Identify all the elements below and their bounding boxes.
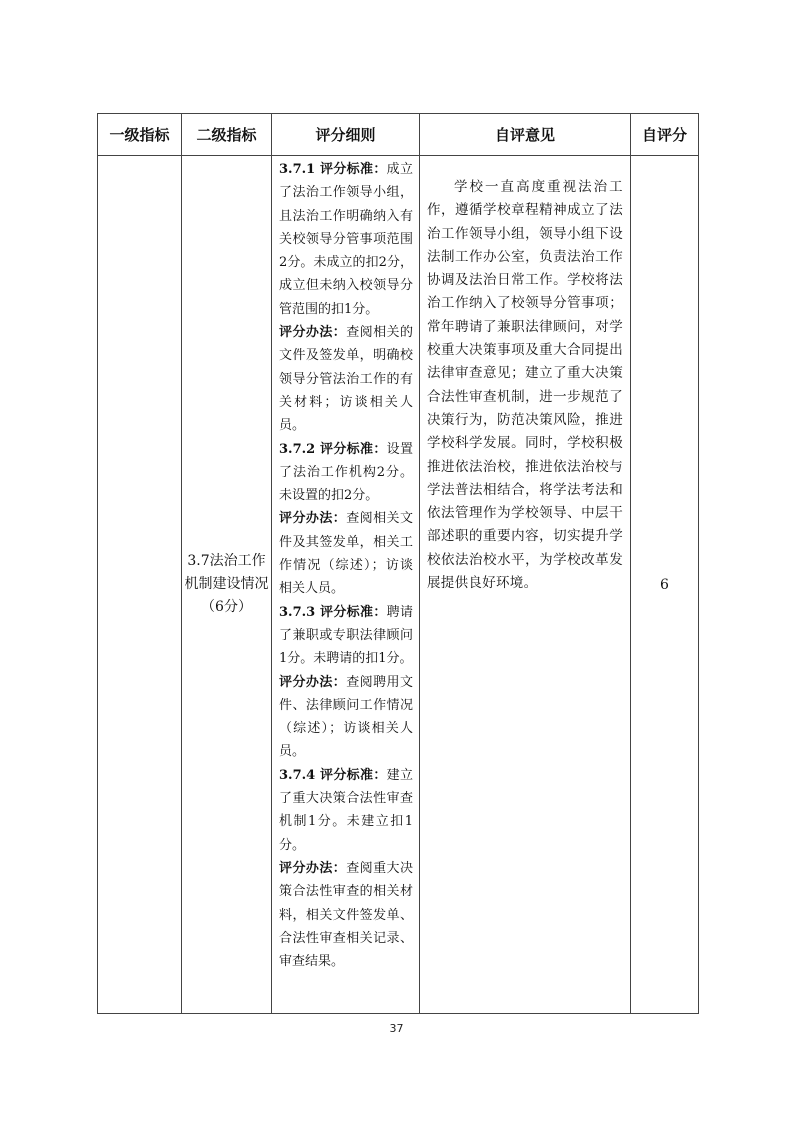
- header-self-score: 自评分: [631, 114, 699, 156]
- header-scoring-details: 评分细则: [272, 114, 420, 156]
- method-label: 评分办法：: [279, 861, 346, 876]
- second-level-cell: 3.7法治工作机制建设情况（6分）: [182, 156, 272, 1014]
- header-first-level-indicator: 一级指标: [98, 114, 182, 156]
- self-evaluation-cell: 学校一直高度重视法治工作，遵循学校章程精神成立了法治工作领导小组，领导小组下设法…: [420, 156, 631, 1014]
- method-text: 查阅相关的文件及签发单，明确校领导分管法治工作的有关材料；访谈相关人员。: [279, 325, 413, 433]
- criterion-label: 3.7.2 评分标准：: [279, 442, 387, 457]
- first-level-cell: [98, 156, 182, 1014]
- criterion-label: 3.7.1 评分标准：: [279, 162, 387, 177]
- criterion-label: 3.7.4 评分标准：: [279, 768, 387, 783]
- criterion-3-7-1: 3.7.1 评分标准：成立了法治工作领导小组，且法治工作明确纳入有关校领导分管事…: [279, 158, 413, 321]
- header-second-level-indicator: 二级指标: [182, 114, 272, 156]
- header-self-evaluation: 自评意见: [420, 114, 631, 156]
- table-header-row: 一级指标 二级指标 评分细则 自评意见 自评分: [98, 114, 699, 156]
- method-3-7-4: 评分办法：查阅重大决策合法性审查的相关材料，相关文件签发单、合法性审查相关记录、…: [279, 857, 413, 973]
- table-row: 3.7法治工作机制建设情况（6分） 3.7.1 评分标准：成立了法治工作领导小组…: [98, 156, 699, 1014]
- method-3-7-2: 评分办法：查阅相关文件及其签发单，相关工作情况（综述）；访谈相关人员。: [279, 507, 413, 600]
- method-label: 评分办法：: [279, 675, 346, 690]
- criterion-label: 3.7.3 评分标准：: [279, 605, 387, 620]
- evaluation-table: 一级指标 二级指标 评分细则 自评意见 自评分 3.7法治工作机制建设情况（6分…: [97, 113, 699, 1014]
- page-number: 37: [0, 1022, 793, 1035]
- criterion-text: 成立了法治工作领导小组，且法治工作明确纳入有关校领导分管事项范围2分。未成立的扣…: [279, 162, 413, 317]
- method-label: 评分办法：: [279, 511, 346, 526]
- method-text: 查阅重大决策合法性审查的相关材料，相关文件签发单、合法性审查相关记录、审查结果。: [279, 861, 413, 969]
- method-label: 评分办法：: [279, 325, 346, 340]
- method-3-7-3: 评分办法：查阅聘用文件、法律顾问工作情况（综述）；访谈相关人员。: [279, 671, 413, 764]
- criterion-3-7-4: 3.7.4 评分标准：建立了重大决策合法性审查机制1分。未建立扣1分。: [279, 764, 413, 857]
- scoring-details-cell: 3.7.1 评分标准：成立了法治工作领导小组，且法治工作明确纳入有关校领导分管事…: [272, 156, 420, 1014]
- criterion-3-7-2: 3.7.2 评分标准：设置了法治工作机构2分。未设置的扣2分。: [279, 438, 413, 508]
- self-score-cell: 6: [631, 156, 699, 1014]
- criterion-3-7-3: 3.7.3 评分标准：聘请了兼职或专职法律顾问1分。未聘请的扣1分。: [279, 601, 413, 671]
- method-3-7-1: 评分办法：查阅相关的文件及签发单，明确校领导分管法治工作的有关材料；访谈相关人员…: [279, 321, 413, 437]
